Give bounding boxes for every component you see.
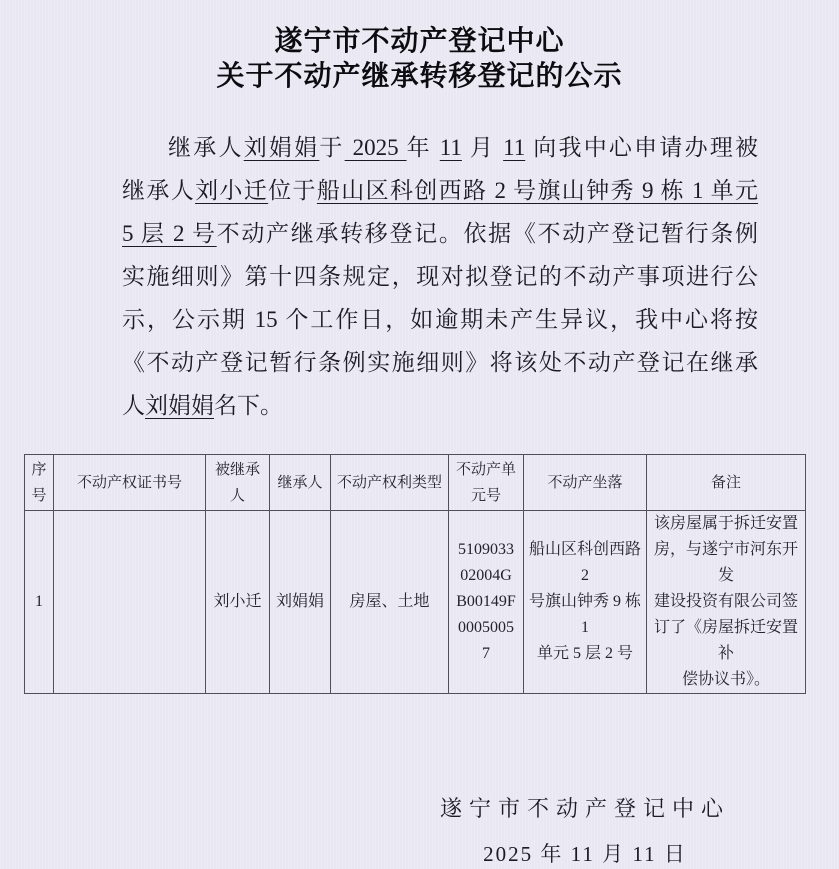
cell-location: 船山区科创西路 2 号旗山钟秀 9 栋 1 单元 5 层 2 号 [524, 511, 647, 694]
document-title: 遂宁市不动产登记中心 关于不动产继承转移登记的公示 [0, 0, 839, 94]
notice-text: 名下。 [214, 393, 283, 418]
notice-text: 人 [122, 393, 145, 418]
cell-right-type: 房屋、土地 [331, 511, 449, 694]
table-header-cell: 不动产坐落 [524, 455, 647, 511]
notice-text: 向我中心申请办理被 [525, 135, 758, 160]
table-body: 1刘小迁刘娟娟房屋、土地5109033 02004G B00149F 00050… [25, 511, 806, 694]
cell-heir: 刘娟娟 [270, 511, 331, 694]
underlined-text: 船山区科创西路 2 号旗山钟秀 9 栋 1 单元 [317, 178, 758, 203]
notice-text: 位于 [268, 178, 317, 203]
scanned-notice-page: 遂宁市不动产登记中心 关于不动产继承转移登记的公示 继承人刘娟娟于 2025 年… [0, 0, 839, 869]
underlined-text: 刘娟娟 [244, 135, 320, 160]
notice-line: 人刘娟娟名下。 [122, 384, 758, 427]
table-header-row: 序 号不动产权证书号被继承人继承人不动产权利类型不动产单元号不动产坐落备注 [25, 455, 806, 511]
cell-seq: 1 [25, 511, 54, 694]
notice-line: 示，公示期 15 个工作日，如逾期未产生异议，我中心将按 [122, 298, 758, 341]
cell-decedent: 刘小迁 [206, 511, 270, 694]
document-title-line1: 遂宁市不动产登记中心 [0, 24, 839, 59]
cell-unit-no: 5109033 02004G B00149F 0005005 7 [449, 511, 524, 694]
notice-text: 于 [319, 135, 344, 160]
notice-text: 月 [462, 135, 503, 160]
cell-remark: 该房屋属于拆迁安置 房，与遂宁市河东开发 建设投资有限公司签 订了《房屋拆迁安置… [647, 511, 806, 694]
registration-table: 序 号不动产权证书号被继承人继承人不动产权利类型不动产单元号不动产坐落备注 1刘… [24, 454, 806, 694]
cell-cert-no [54, 511, 206, 694]
signature-date: 2025 年 11 月 11 日 [350, 832, 820, 869]
signature-org: 遂宁市不动产登记中心 [350, 786, 820, 832]
signature-block: 遂宁市不动产登记中心 2025 年 11 月 11 日 [350, 786, 820, 869]
table-header-cell: 不动产权利类型 [331, 455, 449, 511]
table-header-cell: 继承人 [270, 455, 331, 511]
notice-line: 实施细则》第十四条规定，现对拟登记的不动产事项进行公 [122, 255, 758, 298]
notice-paragraph: 继承人刘娟娟于 2025 年 11 月 11 向我中心申请办理被继承人刘小迁位于… [122, 126, 758, 427]
table-header-cell: 被继承人 [206, 455, 270, 511]
notice-text: 继承人 [168, 135, 244, 160]
notice-text: 年 [407, 135, 440, 160]
underlined-text: 刘小迁 [195, 178, 268, 203]
underlined-text: 2025 [345, 135, 407, 160]
notice-line: 继承人刘小迁位于船山区科创西路 2 号旗山钟秀 9 栋 1 单元 [122, 169, 758, 212]
underlined-text: 刘娟娟 [145, 393, 214, 418]
table-header-cell: 备注 [647, 455, 806, 511]
table-header-cell: 不动产权证书号 [54, 455, 206, 511]
underlined-text: 11 [503, 135, 525, 160]
table-header-cell: 序 号 [25, 455, 54, 511]
table-header-cell: 不动产单元号 [449, 455, 524, 511]
underlined-text: 11 [440, 135, 462, 160]
notice-text: 《不动产登记暂行条例实施细则》将该处不动产登记在继承 [122, 350, 758, 375]
notice-text: 不动产继承转移登记。依据《不动产登记暂行条例 [217, 221, 758, 246]
table-row: 1刘小迁刘娟娟房屋、土地5109033 02004G B00149F 00050… [25, 511, 806, 694]
notice-line: 《不动产登记暂行条例实施细则》将该处不动产登记在继承 [122, 341, 758, 384]
notice-text: 示，公示期 15 个工作日，如逾期未产生异议，我中心将按 [122, 307, 758, 332]
document-title-line2: 关于不动产继承转移登记的公示 [0, 59, 839, 94]
underlined-text: 5 层 2 号 [122, 221, 217, 246]
notice-line: 继承人刘娟娟于 2025 年 11 月 11 向我中心申请办理被 [122, 126, 758, 169]
notice-text: 继承人 [122, 178, 195, 203]
notice-line: 5 层 2 号不动产继承转移登记。依据《不动产登记暂行条例 [122, 212, 758, 255]
notice-text: 实施细则》第十四条规定，现对拟登记的不动产事项进行公 [122, 264, 758, 289]
